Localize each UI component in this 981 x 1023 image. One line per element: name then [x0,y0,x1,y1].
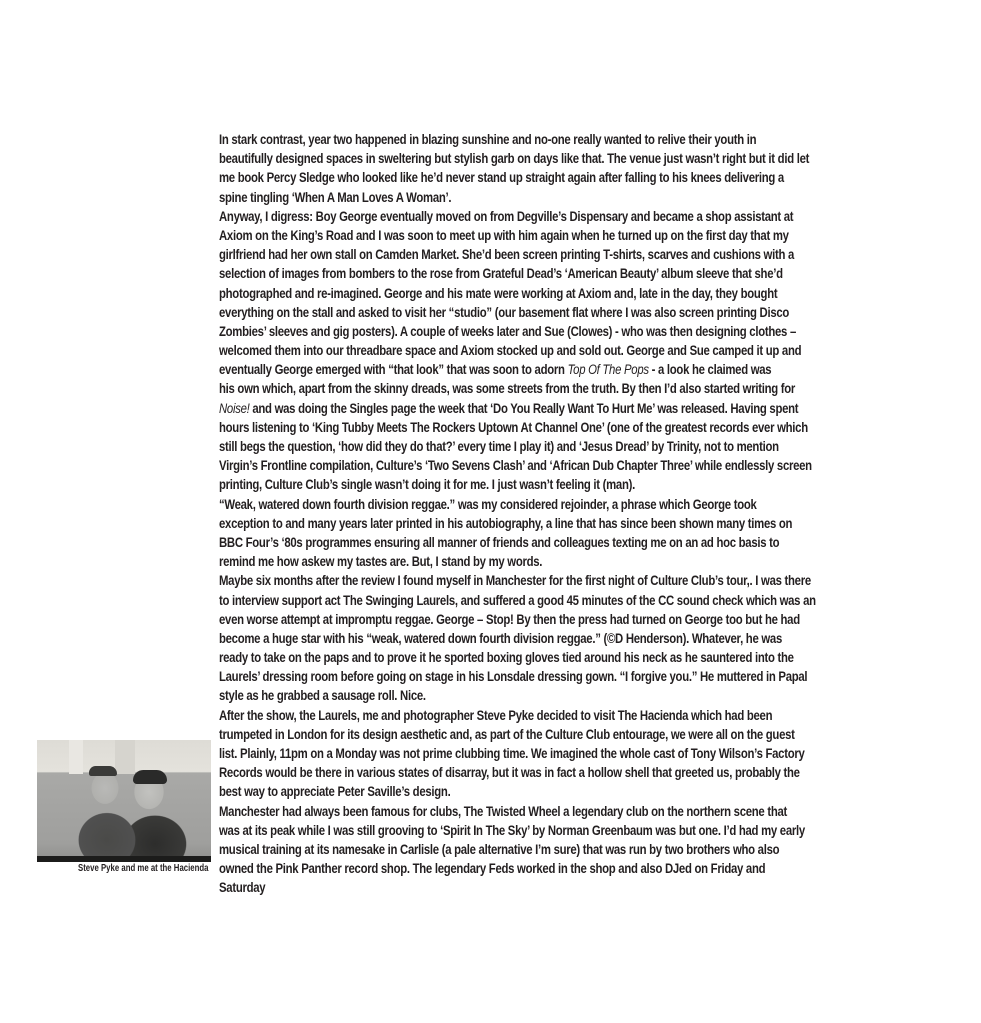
text-line: even worse attempt at impromptu reggae. … [219,611,819,630]
hacienda-photo [37,740,211,862]
photo-wall-detail [69,740,83,774]
text-line: was at its peak while I was still groovi… [219,822,819,841]
text-line: remind me how askew my tastes are. But, … [219,553,819,572]
text-line: best way to appreciate Peter Saville’s d… [219,783,819,802]
text-line: Virgin’s Frontline compilation, Culture’… [219,457,819,476]
text-line: still begs the question, ‘how did they d… [219,438,819,457]
photo-person-left [89,766,117,776]
text-line: his own which, apart from the skinny dre… [219,380,819,399]
text-line: owned the Pink Panther record shop. The … [219,860,819,879]
text-line: spine tingling ‘When A Man Loves A Woman… [219,189,819,208]
text-line: BBC Four’s ‘80s programmes ensuring all … [219,534,819,553]
text-line: selection of images from bombers to the … [219,265,819,284]
text-line: Manchester had always been famous for cl… [219,803,819,822]
text-line: eventually George emerged with “that loo… [219,361,819,380]
text-line: trumpeted in London for its design aesth… [219,726,819,745]
photo-caption: Steve Pyke and me at the Hacienda [78,862,218,876]
text-line: Axiom on the King’s Road and I was soon … [219,227,819,246]
text-line: printing, Culture Club’s single wasn’t d… [219,476,819,495]
text-line: Noise! and was doing the Singles page th… [219,400,819,419]
text-line: musical training at its namesake in Carl… [219,841,819,860]
text-line: everything on the stall and asked to vis… [219,304,819,323]
text-run: - a look he claimed was [649,362,772,378]
text-line: “Weak, watered down fourth division regg… [219,496,819,515]
text-line: Zombies’ sleeves and gig posters). A cou… [219,323,819,342]
text-run: eventually George emerged with “that loo… [219,362,568,378]
text-line: exception to and many years later printe… [219,515,819,534]
text-line: After the show, the Laurels, me and phot… [219,707,819,726]
text-line: list. Plainly, 11pm on a Monday was not … [219,745,819,764]
text-run: and was doing the Singles page the week … [250,401,799,417]
text-line: girlfriend had her own stall on Camden M… [219,246,819,265]
article-body: In stark contrast, year two happened in … [219,131,819,899]
text-line: style as he grabbed a sausage roll. Nice… [219,687,819,706]
text-line: Anyway, I digress: Boy George eventually… [219,208,819,227]
italic-title: Noise! [219,401,250,417]
text-line: beautifully designed spaces in swelterin… [219,150,819,169]
text-line: Saturday [219,879,819,898]
text-line: Maybe six months after the review I foun… [219,572,819,591]
text-line: to interview support act The Swinging La… [219,592,819,611]
photo-person-right [133,770,167,784]
text-line: welcomed them into our threadbare space … [219,342,819,361]
text-line: me book Percy Sledge who looked like he’… [219,169,819,188]
text-line: ready to take on the paps and to prove i… [219,649,819,668]
text-line: become a huge star with his “weak, water… [219,630,819,649]
text-line: hours listening to ‘King Tubby Meets The… [219,419,819,438]
text-line: Laurels’ dressing room before going on s… [219,668,819,687]
photo-wall-detail [115,740,135,774]
text-line: In stark contrast, year two happened in … [219,131,819,150]
text-line: Records would be there in various states… [219,764,819,783]
document-page: In stark contrast, year two happened in … [0,0,981,1023]
photo-caption-text: Steve Pyke and me at the Hacienda [78,862,208,876]
text-line: photographed and re-imagined. George and… [219,285,819,304]
italic-title: Top Of The Pops [568,362,649,378]
